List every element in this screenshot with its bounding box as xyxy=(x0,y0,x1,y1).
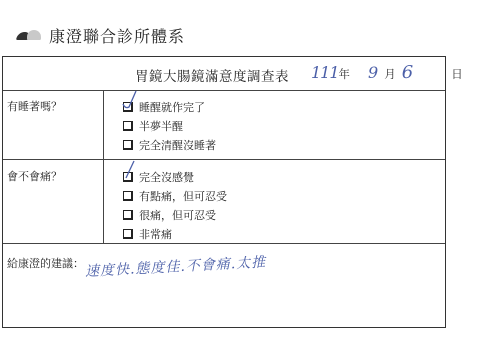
option-item[interactable]: 半夢半醒 xyxy=(123,116,216,135)
option-label: 非常痛 xyxy=(139,226,172,242)
option-label: 很痛，但可忍受 xyxy=(139,207,216,223)
checkbox[interactable] xyxy=(123,140,133,150)
options-list: 完全沒感覺 有點痛，但可忍受 很痛，但可忍受 非常痛 xyxy=(123,167,227,243)
clinic-header: 康澄聯合診所體系 xyxy=(17,25,185,45)
day-value[interactable]: 6 xyxy=(402,62,413,83)
suggestion-text[interactable]: 速度快.態度佳.不會痛.太推 xyxy=(84,252,266,281)
question-label: 會不會痛？ xyxy=(7,168,62,184)
suggestion-label: 給康澄的建議： xyxy=(7,255,84,271)
option-label: 有點痛，但可忍受 xyxy=(139,188,227,204)
question-label: 有睡著嗎？ xyxy=(7,98,62,114)
form-header: 胃鏡大腸鏡滿意度調查表 111 年 9 月 6 日 xyxy=(3,57,445,91)
form-title: 胃鏡大腸鏡滿意度調查表 xyxy=(135,65,289,85)
option-item[interactable]: 完全沒感覺 xyxy=(123,167,227,186)
handwritten-check-icon xyxy=(122,160,140,182)
question-row-pain: 會不會痛？ 完全沒感覺 有點痛，但可忍受 很痛，但可忍受 xyxy=(3,160,445,244)
question-cell: 會不會痛？ xyxy=(3,160,104,243)
option-item[interactable]: 睡醒就作完了 xyxy=(123,97,216,116)
option-item[interactable]: 有點痛，但可忍受 xyxy=(123,186,227,205)
year-value[interactable]: 111 xyxy=(311,63,339,82)
option-item[interactable]: 非常痛 xyxy=(123,224,227,243)
clinic-name: 康澄聯合診所體系 xyxy=(49,24,185,47)
option-label: 睡醒就作完了 xyxy=(139,99,205,115)
option-label: 完全沒感覺 xyxy=(139,169,194,185)
option-label: 半夢半醒 xyxy=(139,118,183,134)
month-value[interactable]: 9 xyxy=(368,63,378,82)
checkbox[interactable] xyxy=(123,102,133,112)
checkbox[interactable] xyxy=(123,191,133,201)
year-label: 年 xyxy=(339,66,351,82)
question-row-sleep: 有睡著嗎？ 睡醒就作完了 半夢半醒 完全清醒沒睡著 xyxy=(3,90,445,160)
checkbox[interactable] xyxy=(123,172,133,182)
month-label: 月 xyxy=(384,66,396,82)
option-item[interactable]: 完全清醒沒睡著 xyxy=(123,135,216,154)
question-cell: 有睡著嗎？ xyxy=(3,90,104,159)
day-label: 日 xyxy=(451,66,463,82)
form-date: 111 年 9 月 6 日 xyxy=(311,62,463,83)
survey-form: 胃鏡大腸鏡滿意度調查表 111 年 9 月 6 日 有睡著嗎？ 睡醒就作完了 xyxy=(2,56,446,328)
options-list: 睡醒就作完了 半夢半醒 完全清醒沒睡著 xyxy=(123,97,216,154)
option-item[interactable]: 很痛，但可忍受 xyxy=(123,205,227,224)
checkbox[interactable] xyxy=(123,229,133,239)
checkbox[interactable] xyxy=(123,210,133,220)
checkbox[interactable] xyxy=(123,121,133,131)
suggestion-row: 給康澄的建議： 速度快.態度佳.不會痛.太推 xyxy=(3,244,445,328)
option-label: 完全清醒沒睡著 xyxy=(139,137,216,153)
clinic-logo-icon xyxy=(17,29,43,41)
handwritten-check-icon xyxy=(122,90,140,112)
